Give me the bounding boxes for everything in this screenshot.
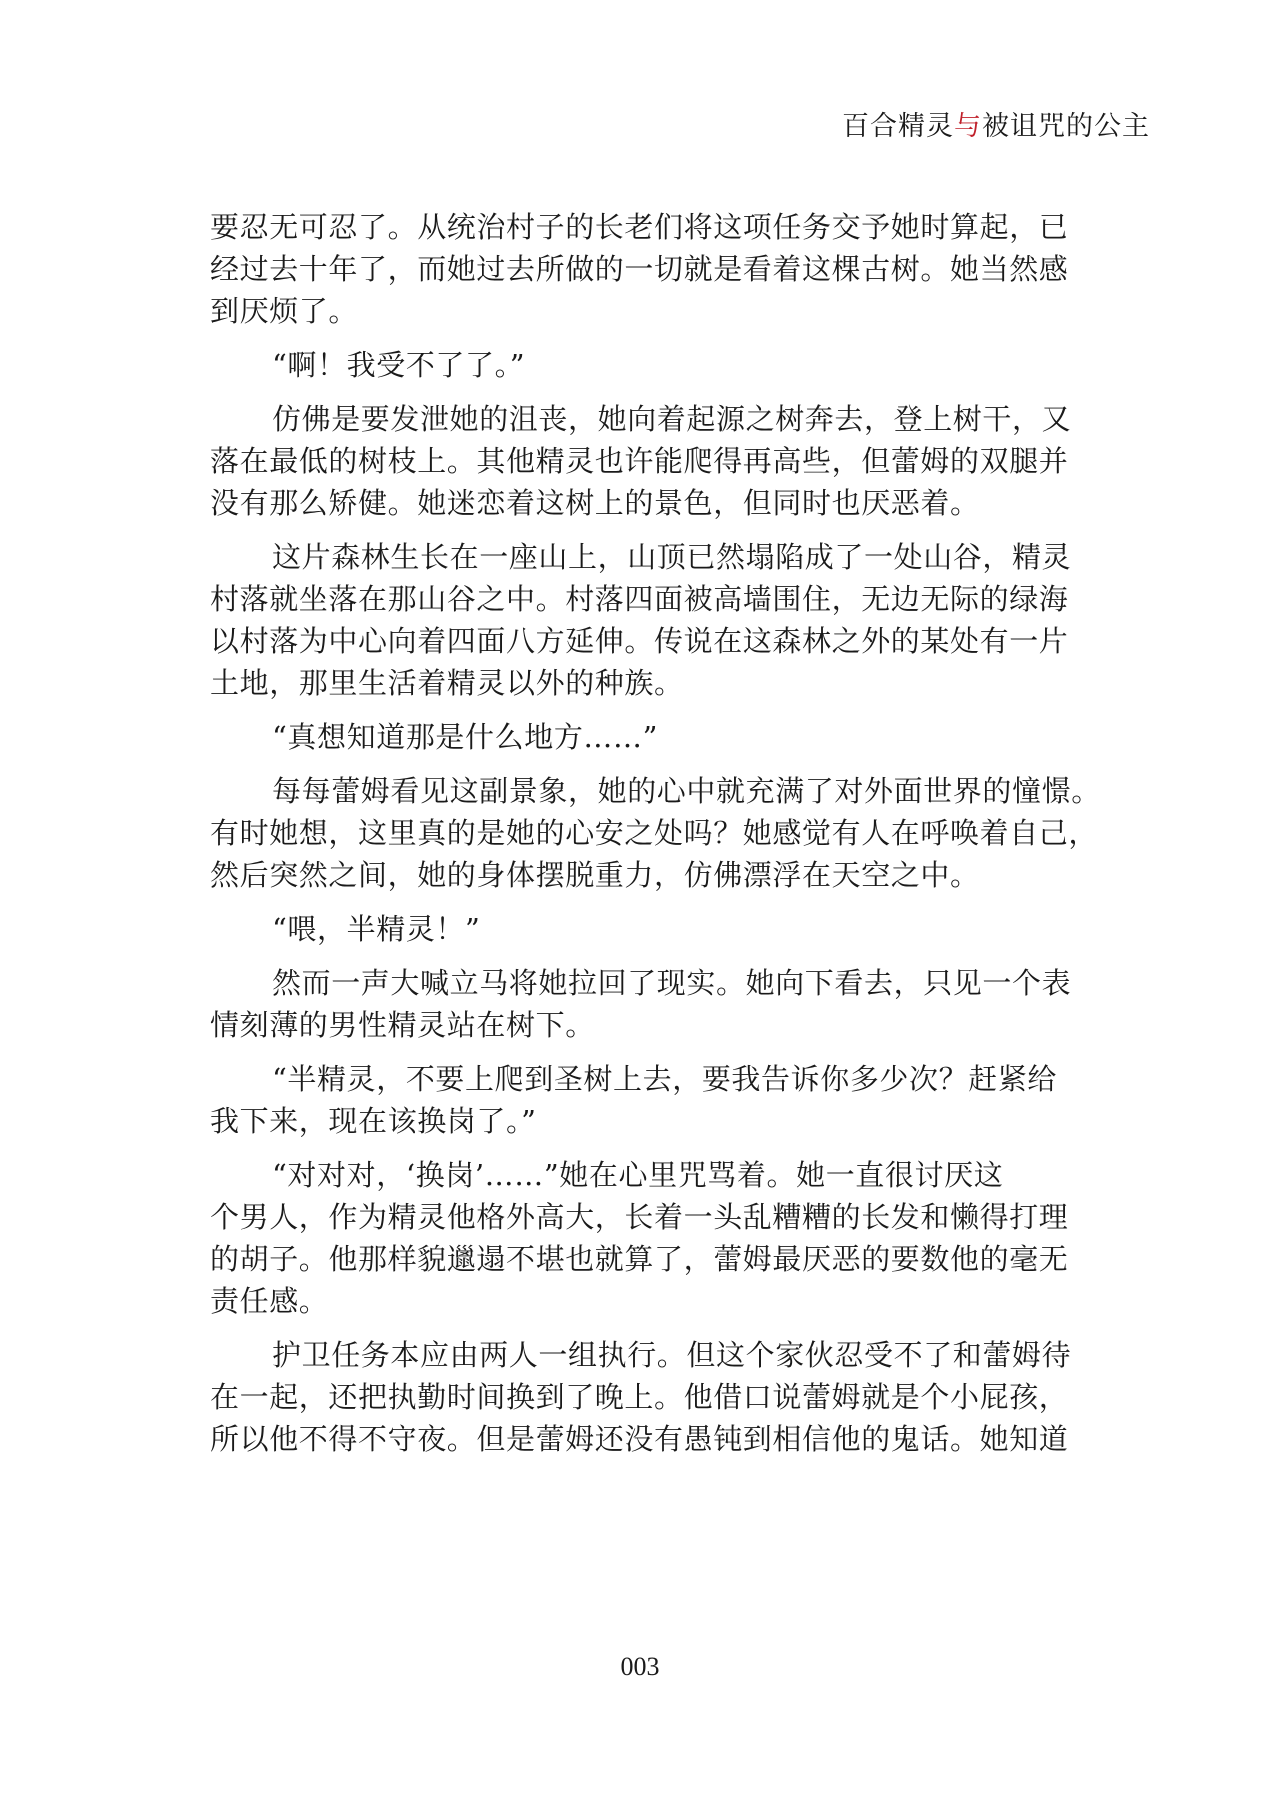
paragraph-dialogue: “啊！我受不了了。” <box>210 344 1135 386</box>
text-line: “真想知道那是什么地方……” <box>210 716 1135 758</box>
text-line: “啊！我受不了了。” <box>210 344 1135 386</box>
text-line: 到厌烦了。 <box>210 290 1135 332</box>
paragraph-dialogue: “喂，半精灵！” <box>210 908 1135 950</box>
text-line: “喂，半精灵！” <box>210 908 1135 950</box>
text-line: 护卫任务本应由两人一组执行。但这个家伙忍受不了和蕾姆待 <box>210 1334 1135 1376</box>
text-line: 然后突然之间，她的身体摆脱重力，仿佛漂浮在天空之中。 <box>210 854 1135 896</box>
text-line: 以村落为中心向着四面八方延伸。传说在这森林之外的某处有一片 <box>210 620 1135 662</box>
text-line: 没有那么矫健。她迷恋着这树上的景色，但同时也厌恶着。 <box>210 482 1135 524</box>
text-line: 然而一声大喊立马将她拉回了现实。她向下看去，只见一个表 <box>210 962 1135 1004</box>
paragraph-dialogue: “半精灵，不要上爬到圣树上去，要我告诉你多少次？赶紧给 我下来，现在该换岗了。” <box>210 1058 1135 1142</box>
text-line: 的胡子。他那样貌邋遢不堪也就算了，蕾姆最厌恶的要数他的毫无 <box>210 1238 1135 1280</box>
book-title-part-2: 被诅咒的公主 <box>982 111 1150 142</box>
text-line: “对对对，‘换岗’……”她在心里咒骂着。她一直很讨厌这 <box>210 1154 1135 1196</box>
text-line: 每每蕾姆看见这副景象，她的心中就充满了对外面世界的憧憬。 <box>210 770 1135 812</box>
paragraph: 每每蕾姆看见这副景象，她的心中就充满了对外面世界的憧憬。 有时她想，这里真的是她… <box>210 770 1135 896</box>
text-line: 落在最低的树枝上。其他精灵也许能爬得再高些，但蕾姆的双腿并 <box>210 440 1135 482</box>
paragraph: 护卫任务本应由两人一组执行。但这个家伙忍受不了和蕾姆待 在一起，还把执勤时间换到… <box>210 1334 1135 1460</box>
book-title-accent-character: 与 <box>954 111 982 142</box>
paragraph: “对对对，‘换岗’……”她在心里咒骂着。她一直很讨厌这 个男人，作为精灵他格外高… <box>210 1154 1135 1322</box>
text-line: 有时她想，这里真的是她的心安之处吗？她感觉有人在呼唤着自己， <box>210 812 1135 854</box>
paragraph-dialogue: “真想知道那是什么地方……” <box>210 716 1135 758</box>
text-line: “半精灵，不要上爬到圣树上去，要我告诉你多少次？赶紧给 <box>210 1058 1135 1100</box>
text-line: 在一起，还把执勤时间换到了晚上。他借口说蕾姆就是个小屁孩， <box>210 1376 1135 1418</box>
page-body-text: 要忍无可忍了。从统治村子的长老们将这项任务交予她时算起，已 经过去十年了，而她过… <box>210 206 1135 1472</box>
text-line: 所以他不得不守夜。但是蕾姆还没有愚钝到相信他的鬼话。她知道 <box>210 1418 1135 1460</box>
text-line: 责任感。 <box>210 1280 1135 1322</box>
text-line: 这片森林生长在一座山上，山顶已然塌陷成了一处山谷，精灵 <box>210 536 1135 578</box>
text-line: 仿佛是要发泄她的沮丧，她向着起源之树奔去，登上树干，又 <box>210 398 1135 440</box>
page-number: 003 <box>0 1652 1280 1682</box>
paragraph: 然而一声大喊立马将她拉回了现实。她向下看去，只见一个表 情刻薄的男性精灵站在树下… <box>210 962 1135 1046</box>
text-line: 我下来，现在该换岗了。” <box>210 1100 1135 1142</box>
text-line: 村落就坐落在那山谷之中。村落四面被高墙围住，无边无际的绿海 <box>210 578 1135 620</box>
text-line: 要忍无可忍了。从统治村子的长老们将这项任务交予她时算起，已 <box>210 206 1135 248</box>
text-line: 个男人，作为精灵他格外高大，长着一头乱糟糟的长发和懒得打理 <box>210 1196 1135 1238</box>
text-line: 土地，那里生活着精灵以外的种族。 <box>210 662 1135 704</box>
paragraph: 仿佛是要发泄她的沮丧，她向着起源之树奔去，登上树干，又 落在最低的树枝上。其他精… <box>210 398 1135 524</box>
text-line: 情刻薄的男性精灵站在树下。 <box>210 1004 1135 1046</box>
text-line: 经过去十年了，而她过去所做的一切就是看着这棵古树。她当然感 <box>210 248 1135 290</box>
paragraph: 要忍无可忍了。从统治村子的长老们将这项任务交予她时算起，已 经过去十年了，而她过… <box>210 206 1135 332</box>
book-title-part-1: 百合精灵 <box>842 111 954 142</box>
paragraph: 这片森林生长在一座山上，山顶已然塌陷成了一处山谷，精灵 村落就坐落在那山谷之中。… <box>210 536 1135 704</box>
running-header-book-title: 百合精灵与被诅咒的公主 <box>842 104 1150 143</box>
